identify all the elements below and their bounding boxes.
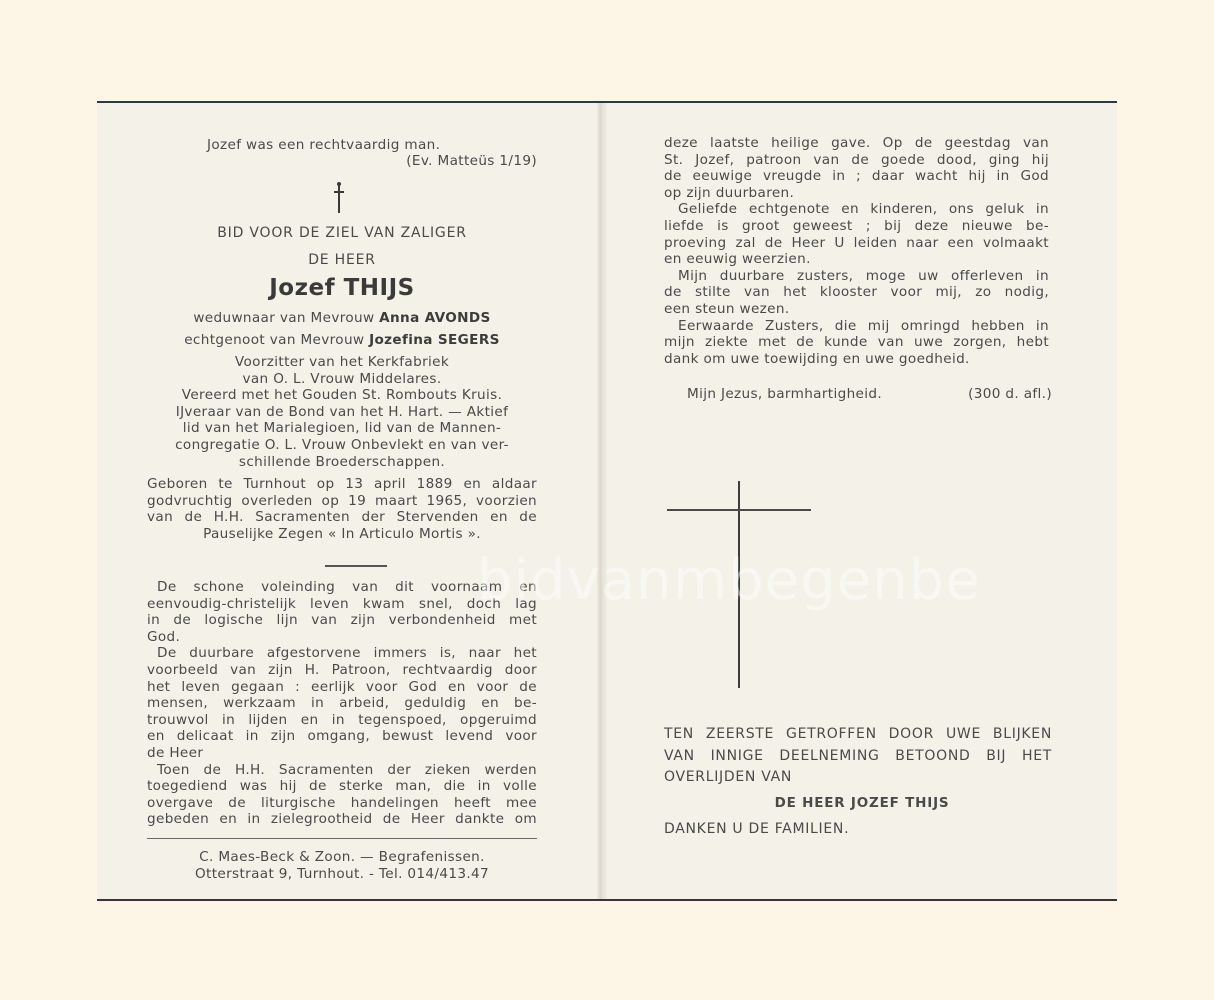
text-line: Vereerd met het Gouden St. Rombouts Krui… (153, 387, 531, 404)
quote-source: (Ev. Matteüs 1/19) (406, 153, 537, 170)
right-panel: deze laatste heilige gave. Op de geestda… (607, 103, 1117, 899)
text-line: van O. L. Vrouw Middelares. (153, 371, 531, 388)
text-line: IJveraar van de Bond van het H. Hart. — … (153, 404, 531, 421)
text-line: congregatie O. L. Vrouw Onbevlekt en van… (153, 437, 531, 454)
text-line: gebeden en in zielegrootheid de Heer dan… (147, 811, 537, 828)
deceased-name: Jozef THIJS (97, 273, 587, 303)
text-line: St. Jozef, patroon van de goede dood, gi… (664, 152, 1049, 169)
text-line: Eerwaarde Zusters, die mij omringd hebbe… (664, 318, 1049, 335)
divider (325, 565, 387, 567)
spouse-prefix: echtgenoot van Mevrouw (184, 332, 364, 348)
memorial-card: Jozef was een rechtvaardig man. (Ev. Mat… (97, 101, 1117, 901)
printer-line: Otterstraat 9, Turnhout. - Tel. 014/413.… (97, 866, 587, 883)
text-line: van de H.H. Sacramenten der Stervenden e… (147, 509, 537, 526)
text-line: Geliefde echtgenote en kinderen, ons gel… (664, 201, 1049, 218)
text-line: en eeuwig weerzien. (664, 251, 1049, 268)
text-line: proeving zal de Heer U leiden naar een v… (664, 235, 1049, 252)
prayer-heading: BID VOOR DE ZIEL VAN ZALIGER (97, 225, 587, 242)
body-text: deze laatste heilige gave. Op de geestda… (664, 135, 1049, 367)
text-line: dank om uwe toewijding en uwe goedheid. (664, 351, 1049, 368)
text-line: een steun wezen. (664, 301, 1049, 318)
text-line: Voorzitter van het Kerkfabriek (153, 354, 531, 371)
text-line: mijn ziekte met de kunde van uwe zorgen,… (664, 334, 1049, 351)
indulgence: (300 d. afl.) (968, 386, 1052, 403)
thanks-text: TEN ZEERSTE GETROFFEN DOOR UWE BLIJKEN V… (664, 724, 1052, 789)
text-line: schillende Broederschappen. (153, 454, 531, 471)
widower-line: weduwnaar van Mevrouw Anna AVONDS (97, 310, 587, 327)
text-line: het leven gegaan : eerlijk voor God en v… (147, 679, 537, 696)
text-line: TEN ZEERSTE GETROFFEN DOOR UWE BLIJKEN (664, 724, 1052, 746)
cross-icon (667, 481, 813, 688)
thanks-name: DE HEER JOZEF THIJS (607, 795, 1117, 812)
text-line: voorbeeld van zijn H. Patroon, rechtvaar… (147, 662, 537, 679)
text-line: mensen, werkzaam in arbeid, geduldig en … (147, 695, 537, 712)
printer-info: C. Maes-Beck & Zoon. — Begrafenissen. Ot… (97, 849, 587, 882)
text-line: godvruchtig overleden op 19 maart 1965, … (147, 493, 537, 510)
cross-icon (334, 183, 344, 213)
card-fold (597, 103, 607, 899)
text-line: VAN INNIGE DEELNEMING BETOOND BIJ HET (664, 746, 1052, 768)
text-line: deze laatste heilige gave. Op de geestda… (664, 135, 1049, 152)
title: DE HEER (97, 252, 587, 269)
text-line: de stilte van het klooster voor mij, zo … (664, 284, 1049, 301)
thanks-closing: DANKEN U DE FAMILIEN. (664, 821, 849, 838)
text-line: God. (147, 629, 537, 646)
body-text: De schone voleinding van dit voornaam en… (147, 579, 537, 828)
closing-prayer: Mijn Jezus, barmhartigheid. (687, 386, 882, 403)
text-line: op zijn duurbaren. (664, 185, 1049, 202)
text-line: lid van het Marialegioen, lid van de Man… (153, 420, 531, 437)
widower-name: Anna AVONDS (379, 310, 491, 326)
left-panel: Jozef was een rechtvaardig man. (Ev. Mat… (97, 103, 597, 899)
quote: Jozef was een rechtvaardig man. (207, 137, 440, 154)
text-line: Pauselijke Zegen « In Articulo Mortis ». (147, 526, 537, 543)
text-line: in de logische lijn van zijn verbondenhe… (147, 612, 537, 629)
text-line: De duurbare afgestorvene immers is, naar… (147, 645, 537, 662)
text-line: eenvoudig-christelijk leven kwam snel, d… (147, 596, 537, 613)
divider (147, 838, 537, 839)
text-line: Geboren te Turnhout op 13 april 1889 en … (147, 476, 537, 493)
birth-death-block: Geboren te Turnhout op 13 april 1889 en … (147, 476, 537, 542)
functions-block: Voorzitter van het Kerkfabriek van O. L.… (153, 354, 531, 470)
text-line: trouwvol in lijden en in tegenspoed, opg… (147, 712, 537, 729)
text-line: toegediend was hij de sterke man, die in… (147, 778, 537, 795)
text-line: OVERLIJDEN VAN (664, 767, 1052, 789)
text-line: De schone voleinding van dit voornaam en (147, 579, 537, 596)
text-line: Toen de H.H. Sacramenten der zieken werd… (147, 762, 537, 779)
text-line: de eeuwige vreugde in ; daar wacht hij i… (664, 168, 1049, 185)
text-line: Mijn duurbare zusters, moge uw offerleve… (664, 268, 1049, 285)
printer-line: C. Maes-Beck & Zoon. — Begrafenissen. (97, 849, 587, 866)
widower-prefix: weduwnaar van Mevrouw (193, 310, 374, 326)
spouse-line: echtgenoot van Mevrouw Jozefina SEGERS (97, 332, 587, 349)
text-line: de Heer (147, 745, 537, 762)
text-line: en delicaat in zijn omgang, bewust leven… (147, 728, 537, 745)
text-line: liefde is groot geweest ; bij deze nieuw… (664, 218, 1049, 235)
spouse-name: Jozefina SEGERS (369, 332, 500, 348)
text-line: overgave de liturgische handelingen heef… (147, 795, 537, 812)
